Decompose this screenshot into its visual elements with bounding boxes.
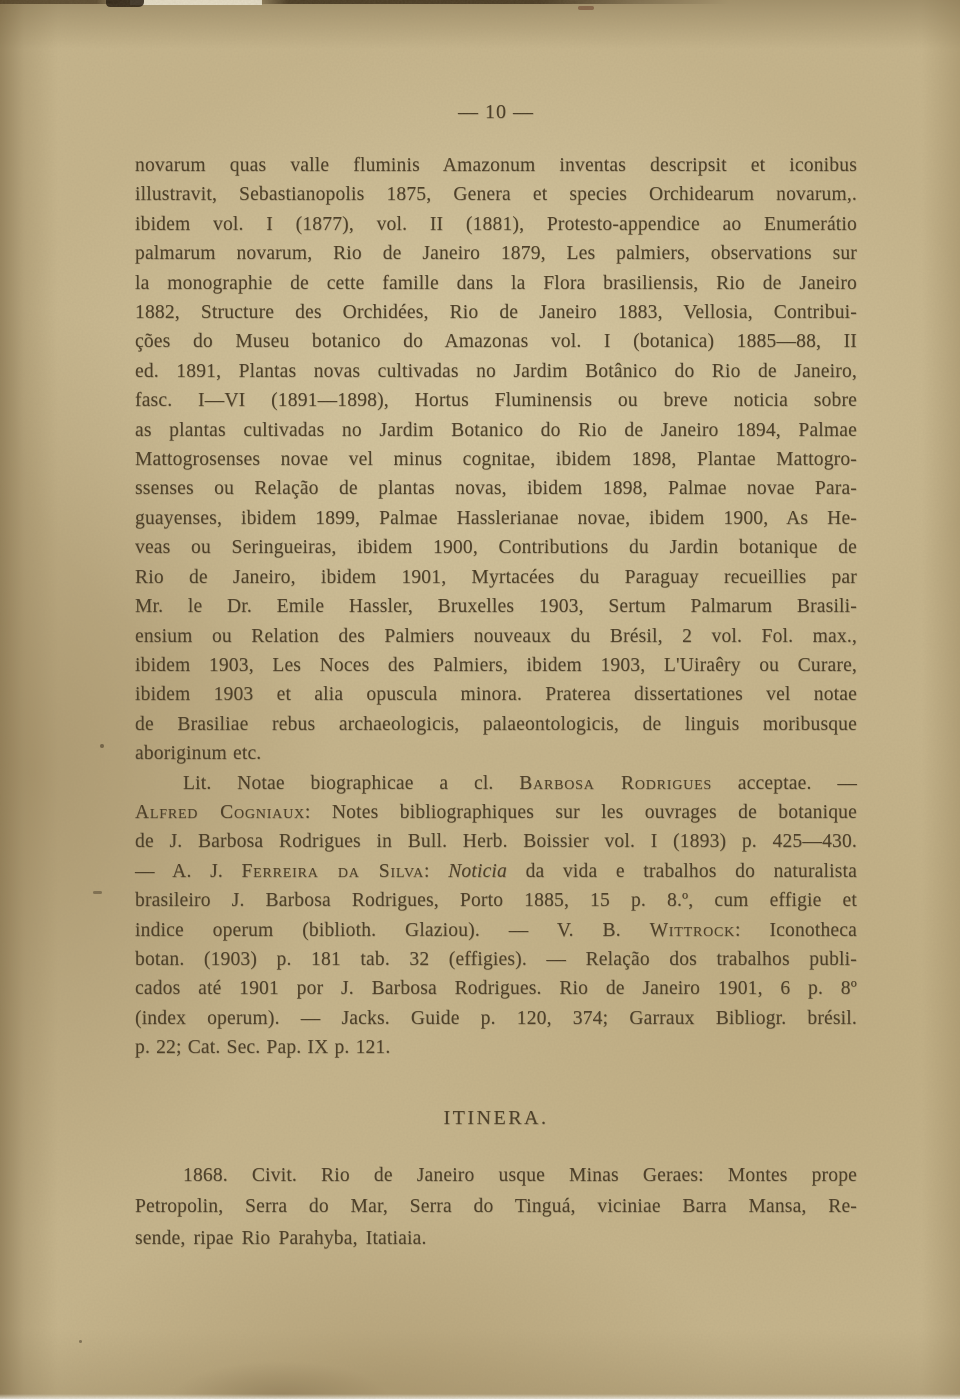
text-line: ibidem vol. I (1877), vol. II (1881), Pr…: [135, 210, 857, 239]
scan-bottom-shadow: [170, 1361, 390, 1399]
paper-ink-speck: [79, 1340, 82, 1343]
text-segment: :: [424, 861, 448, 882]
text-line: p. 22; Cat. Sec. Pap. IX p. 121.: [135, 1033, 857, 1062]
text-line: as plantas cultivadas no Jardim Botanico…: [135, 416, 857, 445]
text-line: Alfred Cogniaux: Notes bibliographiques …: [135, 798, 857, 827]
text-segment: acceptae. —: [712, 773, 857, 794]
text-line: ibidem 1903, Les Noces des Palmiers, ibi…: [135, 651, 857, 680]
text-line: Rio de Janeiro, ibidem 1901, Myrtacées d…: [135, 563, 857, 592]
text-line: fasc. I—VI (1891—1898), Hortus Fluminens…: [135, 386, 857, 415]
author-name: Wittrock: [650, 920, 735, 941]
text-line: brasileiro J. Barbosa Rodrigues, Porto 1…: [135, 886, 857, 915]
text-line: 1868. Civit. Rio de Janeiro usque Minas …: [135, 1160, 857, 1192]
text-line: cados até 1901 por J. Barbosa Rodrigues.…: [135, 974, 857, 1003]
text-line: ções do Museu botanico do Amazonas vol. …: [135, 327, 857, 356]
text-line: illustravit, Sebastianopolis 1875, Gener…: [135, 180, 857, 209]
paper-ink-speck: [93, 891, 102, 894]
paper-ink-speck: [100, 744, 104, 748]
text-line: de Brasiliae rebus archaeologicis, palae…: [135, 710, 857, 739]
text-line: ssenses ou Relação de plantas novas, ibi…: [135, 474, 857, 503]
text-line: novarum quas valle fluminis Amazonum inv…: [135, 151, 857, 180]
scan-top-edge-light-gap: [130, 0, 262, 5]
text-line: (index operum). — Jacks. Guide p. 120, 3…: [135, 1004, 857, 1033]
text-segment: da vida e trabalhos do naturalista: [507, 861, 857, 882]
text-line: — A. J. Ferreira da Silva: Noticia da vi…: [135, 857, 857, 886]
text-line: sende, ripae Rio Parahyba, Itatiaia.: [135, 1223, 857, 1255]
text-line: ed. 1891, Plantas novas cultivadas no Ja…: [135, 357, 857, 386]
text-line: botan. (1903) p. 181 tab. 32 (effigies).…: [135, 945, 857, 974]
text-line: ibidem 1903 et alia opuscula minora. Pra…: [135, 680, 857, 709]
text-line: Lit. Notae biographicae a cl. Barbosa Ro…: [135, 769, 857, 798]
text-line: Mattogrosenses novae vel minus cognitae,…: [135, 445, 857, 474]
author-name: Alfred Cogniaux: [135, 802, 305, 823]
bibliography-paragraph: novarum quas valle fluminis Amazonum inv…: [135, 151, 857, 769]
text-segment: : Notes bibliographiques sur les ouvrage…: [305, 802, 857, 823]
text-segment: Lit. Notae biographicae a cl.: [183, 773, 519, 794]
text-column: novarum quas valle fluminis Amazonum inv…: [135, 151, 857, 1254]
page-number: — 10 —: [135, 101, 857, 124]
scan-top-edge-ink-mark: [106, 0, 144, 7]
text-line: aboriginum etc.: [135, 739, 857, 768]
text-segment: : Iconotheca: [735, 920, 857, 941]
text-segment: — A. J.: [135, 861, 242, 882]
author-name: Ferreira da Silva: [242, 861, 424, 882]
text-line: indice operum (biblioth. Glaziou). — V. …: [135, 916, 857, 945]
author-name: Barbosa Rodrigues: [519, 773, 712, 794]
text-line: de J. Barbosa Rodrigues in Bull. Herb. B…: [135, 827, 857, 856]
paper-stain-speck: [578, 6, 594, 10]
itinera-paragraph: 1868. Civit. Rio de Janeiro usque Minas …: [135, 1160, 857, 1255]
text-line: palmarum novarum, Rio de Janeiro 1879, L…: [135, 239, 857, 268]
text-segment: indice operum (biblioth. Glaziou). — V. …: [135, 920, 650, 941]
text-line: ensium ou Relation des Palmiers nouveaux…: [135, 622, 857, 651]
itinera-heading: ITINERA.: [135, 1105, 857, 1131]
text-line: Mr. le Dr. Emile Hassler, Bruxelles 1903…: [135, 592, 857, 621]
literature-paragraph: Lit. Notae biographicae a cl. Barbosa Ro…: [135, 769, 857, 1063]
text-line: veas ou Seringueiras, ibidem 1900, Contr…: [135, 533, 857, 562]
text-line: 1882, Structure des Orchidées, Rio de Ja…: [135, 298, 857, 327]
text-line: Petropolin, Serra do Mar, Serra do Tingu…: [135, 1191, 857, 1223]
scan-bottom-edge-light: [0, 1394, 960, 1399]
scan-top-edge-shadow: [0, 0, 960, 4]
text-line: la monographie de cette famille dans la …: [135, 269, 857, 298]
work-title: Noticia: [448, 861, 507, 882]
text-line: guayenses, ibidem 1899, Palmae Hassleria…: [135, 504, 857, 533]
scanned-book-page: — 10 — novarum quas valle fluminis Amazo…: [0, 0, 960, 1399]
